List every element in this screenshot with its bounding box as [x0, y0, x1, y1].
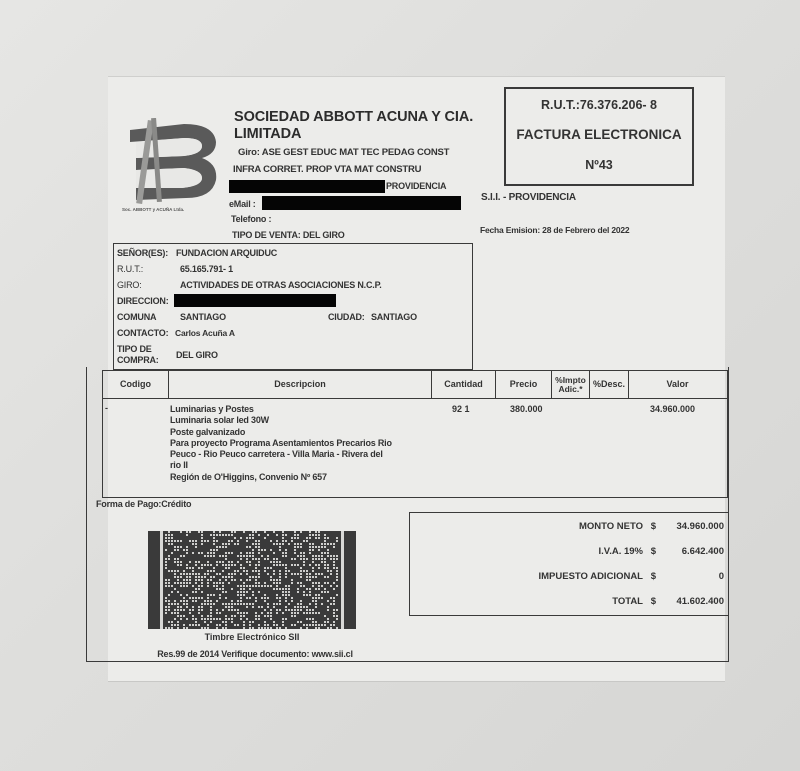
col-codigo: Codigo [103, 371, 169, 398]
direccion-label: DIRECCION: [117, 296, 169, 306]
item-codigo: - [105, 403, 108, 413]
contacto-label: CONTACTO: [117, 328, 168, 338]
tipo-compra-value: DEL GIRO [176, 350, 218, 360]
desc-line: Luminaria solar led 30W [170, 415, 392, 426]
client-box: SEÑOR(ES): FUNDACION ARQUIDUC R.U.T.: 65… [113, 243, 473, 370]
payment-method: Forma de Pago:Crédito [96, 499, 191, 509]
tipo-compra-label-1: TIPO DE [117, 344, 152, 354]
item-cantidad: 92 1 [452, 404, 470, 414]
issuer-address-suffix: PROVIDENCIA [386, 181, 446, 191]
redacted-direccion [174, 294, 336, 307]
item-valor: 34.960.000 [650, 404, 695, 414]
books-logo-icon [122, 118, 220, 204]
desc-line: rio II [170, 460, 392, 471]
col-valor: Valor [629, 371, 726, 398]
document-number: Nº43 [506, 158, 692, 172]
ciudad-label: CIUDAD: [328, 312, 365, 322]
sii-office: S.I.I. - PROVIDENCIA [481, 192, 576, 203]
issuer-giro-line2: INFRA CORRET. PROP VTA MAT CONSTRU [233, 164, 421, 175]
redacted-email [262, 196, 461, 210]
tipo-compra-label-2: COMPRA: [117, 355, 159, 365]
issue-date: Fecha Emision: 28 de Febrero del 2022 [480, 225, 629, 235]
contacto-value: Carlos Acuña A [175, 328, 235, 338]
senores-label: SEÑOR(ES): [117, 248, 168, 258]
totals-box: MONTO NETO $ 34.960.000 I.V.A. 19% $ 6.6… [409, 512, 729, 616]
item-description: Luminarias y Postes Luminaria solar led … [170, 404, 392, 483]
senores-value: FUNDACION ARQUIDUC [176, 248, 277, 258]
client-rut-value: 65.165.791- 1 [180, 264, 233, 274]
comuna-label: COMUNA [117, 312, 156, 322]
stamp-label: Timbre Electrónico SII [148, 632, 356, 642]
company-name-line2: LIMITADA [234, 126, 473, 143]
desc-line: Para proyecto Programa Asentamientos Pre… [170, 438, 392, 449]
client-rut-label: R.U.T.: [117, 264, 143, 274]
items-table-header: Codigo Descripcion Cantidad Precio %Impt… [103, 371, 727, 399]
col-descripcion: Descripcion [169, 371, 432, 398]
desc-line: Luminarias y Postes [170, 404, 392, 415]
client-giro-value: ACTIVIDADES DE OTRAS ASOCIACIONES N.C.P. [180, 280, 382, 290]
company-name: SOCIEDAD ABBOTT ACUNA Y CIA. LIMITADA [234, 109, 473, 143]
comuna-value: SANTIAGO [180, 312, 226, 322]
desc-line: Región de O'Higgins, Convenio Nº 657 [170, 472, 392, 483]
client-giro-label: GIRO: [117, 280, 142, 290]
company-name-line1: SOCIEDAD ABBOTT ACUNA Y CIA. [234, 109, 473, 126]
desc-line: Poste galvanizado [170, 427, 392, 438]
document-header-box: R.U.T.:76.376.206- 8 FACTURA ELECTRONICA… [504, 87, 694, 186]
email-label: eMail : [229, 199, 256, 209]
redacted-address [229, 180, 385, 193]
col-desc: %Desc. [590, 371, 629, 398]
desc-line: Peuco - Rio Peuco carretera - Villa Mari… [170, 449, 392, 460]
ciudad-value: SANTIAGO [371, 312, 417, 322]
pdf417-barcode-icon [148, 531, 356, 629]
stamp-resolution: Res.99 de 2014 Verifique documento: www.… [105, 649, 405, 659]
document-type: FACTURA ELECTRONICA [506, 127, 692, 142]
issuer-giro-line1: Giro: ASE GEST EDUC MAT TEC PEDAG CONST [238, 147, 449, 158]
logo-caption: Soc. ABBOTT y ACUÑA Ltda. [122, 207, 184, 212]
col-impto-adic: %Impto Adic.* [552, 371, 590, 398]
sale-type: TIPO DE VENTA: DEL GIRO [232, 230, 345, 240]
phone-label: Telefono : [231, 214, 271, 224]
item-precio: 380.000 [510, 404, 543, 414]
col-precio: Precio [496, 371, 552, 398]
col-cantidad: Cantidad [432, 371, 496, 398]
issuer-rut: R.U.T.:76.376.206- 8 [506, 98, 692, 112]
